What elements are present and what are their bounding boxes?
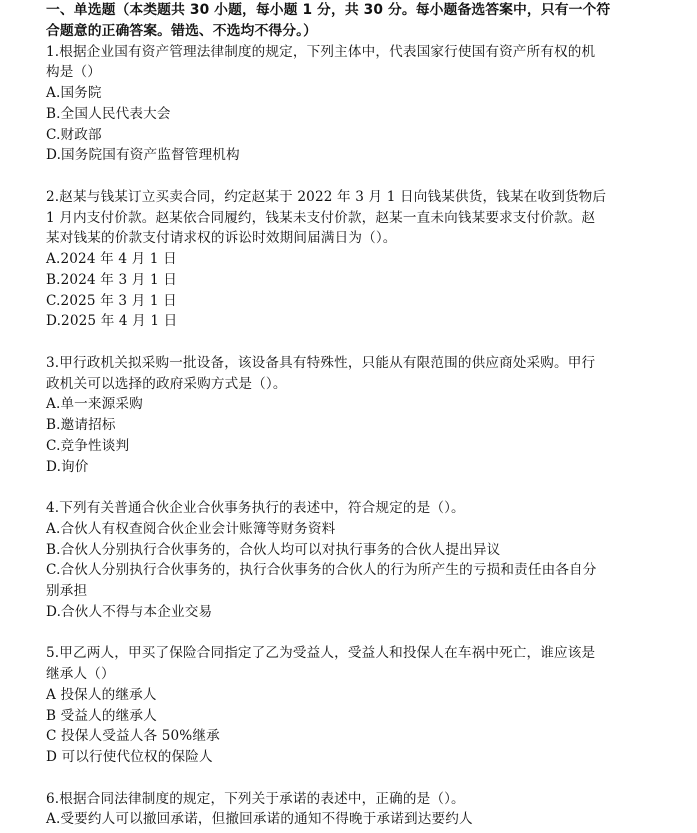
heading-line: 合题意的正确答案。错选、不选均不得分。） (46, 21, 646, 42)
question-1: 1.根据企业国有资产管理法律制度的规定，下列主体中，代表国家行使国有资产所有权的… (46, 42, 646, 167)
question-2: 2.赵某与钱某订立买卖合同，约定赵某于 2022 年 3 月 1 日向钱某供货，… (46, 187, 646, 332)
option-a: A.单一来源采购 (46, 394, 646, 415)
option-d: D 可以行使代位权的保险人 (46, 747, 646, 768)
question-stem: 4.下列有关普通合伙企业合伙事务执行的表述中，符合规定的是（）。 (46, 498, 646, 519)
option-d: D.2025 年 4 月 1 日 (46, 311, 646, 332)
question-stem: 政机关可以选择的政府采购方式是（）。 (46, 374, 646, 395)
spacer (46, 768, 646, 789)
section-heading: 一、单选题（本类题共 30 小题，每小题 1 分，共 30 分。每小题备选答案中… (46, 0, 646, 42)
option-c: C.合伙人分别执行合伙事务的，执行合伙事务的合伙人的行为所产生的亏损和责任由各自… (46, 560, 646, 581)
exam-document: 一、单选题（本类题共 30 小题，每小题 1 分，共 30 分。每小题备选答案中… (46, 0, 646, 830)
question-5: 5.甲乙两人，甲买了保险合同指定了乙为受益人，受益人和投保人在车祸中死亡，谁应该… (46, 643, 646, 768)
option-d: D.询价 (46, 457, 646, 478)
option-list: A.国务院 B.全国人民代表大会 C.财政部 D.国务院国有资产监督管理机构 (46, 83, 646, 166)
option-c: C.财政部 (46, 125, 646, 146)
question-4: 4.下列有关普通合伙企业合伙事务执行的表述中，符合规定的是（）。 A.合伙人有权… (46, 498, 646, 623)
spacer (46, 332, 646, 353)
question-stem: 6.根据合同法律制度的规定，下列关于承诺的表述中，正确的是（）。 (46, 789, 646, 810)
option-c: C.2025 年 3 月 1 日 (46, 291, 646, 312)
option-list: A.合伙人有权查阅合伙企业会计账簿等财务资料 B.合伙人分别执行合伙事务的，合伙… (46, 519, 646, 623)
question-3: 3.甲行政机关拟采购一批设备，该设备具有特殊性，只能从有限范围的供应商处采购。甲… (46, 353, 646, 478)
option-c: C.竞争性谈判 (46, 436, 646, 457)
option-b: B.邀请招标 (46, 415, 646, 436)
option-list: A.受要约人可以撤回承诺，但撤回承诺的通知不得晚于承诺到达要约人 (46, 809, 646, 830)
option-a: A.国务院 (46, 83, 646, 104)
question-stem: 5.甲乙两人，甲买了保险合同指定了乙为受益人，受益人和投保人在车祸中死亡，谁应该… (46, 643, 646, 664)
option-c-continued: 别承担 (46, 581, 646, 602)
question-stem: 某对钱某的价款支付请求权的诉讼时效期间届满日为（）。 (46, 228, 646, 249)
option-b: B.2024 年 3 月 1 日 (46, 270, 646, 291)
question-stem: 1 月内支付价款。赵某依合同履约，钱某未支付价款，赵某一直未向钱某要求支付价款。… (46, 208, 646, 229)
option-b: B 受益人的继承人 (46, 706, 646, 727)
option-a: A.合伙人有权查阅合伙企业会计账簿等财务资料 (46, 519, 646, 540)
option-list: A.2024 年 4 月 1 日 B.2024 年 3 月 1 日 C.2025… (46, 249, 646, 332)
option-b: B.合伙人分别执行合伙事务的，合伙人均可以对执行事务的合伙人提出异议 (46, 540, 646, 561)
spacer (46, 166, 646, 187)
option-b: B.全国人民代表大会 (46, 104, 646, 125)
option-d: D.合伙人不得与本企业交易 (46, 602, 646, 623)
question-6: 6.根据合同法律制度的规定，下列关于承诺的表述中，正确的是（）。 A.受要约人可… (46, 789, 646, 831)
option-c: C 投保人受益人各 50%继承 (46, 726, 646, 747)
question-stem: 构是（） (46, 62, 646, 83)
question-stem: 继承人（） (46, 664, 646, 685)
heading-line: 一、单选题（本类题共 30 小题，每小题 1 分，共 30 分。每小题备选答案中… (46, 0, 646, 21)
option-list: A.单一来源采购 B.邀请招标 C.竞争性谈判 D.询价 (46, 394, 646, 477)
option-a: A.2024 年 4 月 1 日 (46, 249, 646, 270)
question-stem: 2.赵某与钱某订立买卖合同，约定赵某于 2022 年 3 月 1 日向钱某供货，… (46, 187, 646, 208)
question-stem: 3.甲行政机关拟采购一批设备，该设备具有特殊性，只能从有限范围的供应商处采购。甲… (46, 353, 646, 374)
question-stem: 1.根据企业国有资产管理法律制度的规定，下列主体中，代表国家行使国有资产所有权的… (46, 42, 646, 63)
spacer (46, 477, 646, 498)
option-a: A 投保人的继承人 (46, 685, 646, 706)
option-d: D.国务院国有资产监督管理机构 (46, 145, 646, 166)
spacer (46, 623, 646, 644)
option-list: A 投保人的继承人 B 受益人的继承人 C 投保人受益人各 50%继承 D 可以… (46, 685, 646, 768)
option-a: A.受要约人可以撤回承诺，但撤回承诺的通知不得晚于承诺到达要约人 (46, 809, 646, 830)
